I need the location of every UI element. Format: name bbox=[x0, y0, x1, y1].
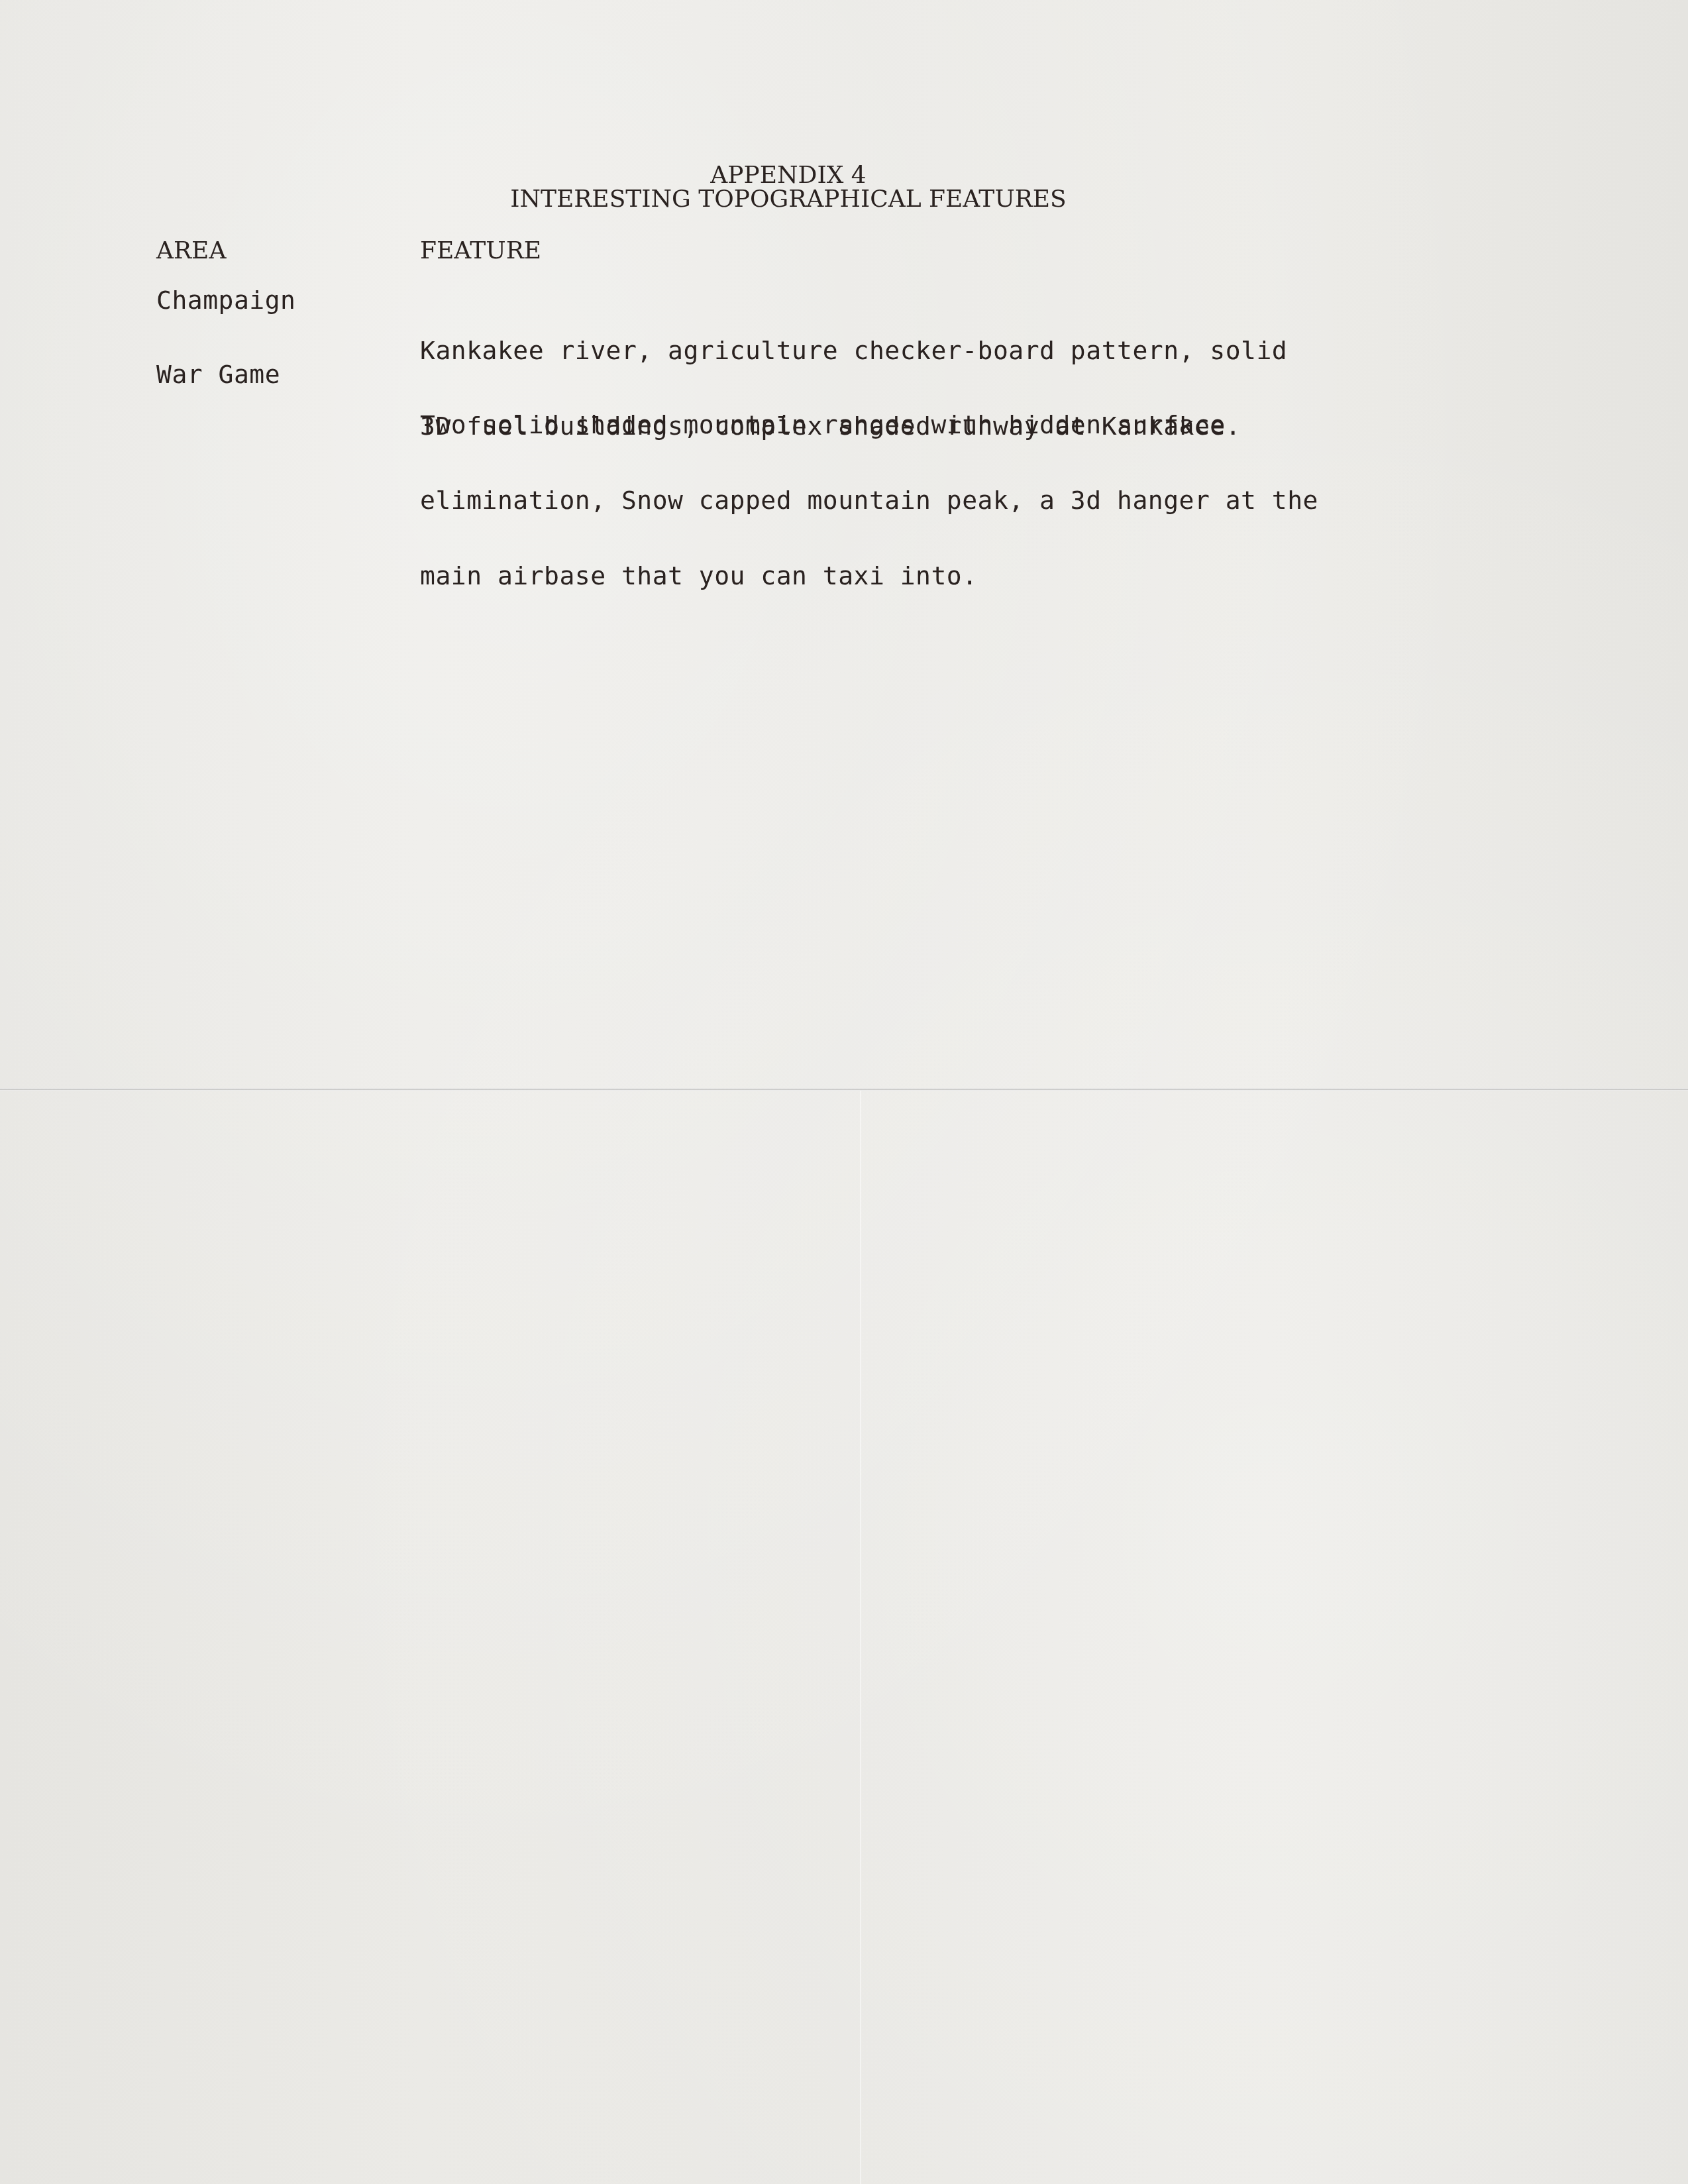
feature-line: Kankakee river, agriculture checker-boar… bbox=[420, 338, 1287, 363]
row-feature-war-game: Two solid shaded mountain ranges with hi… bbox=[420, 362, 1318, 614]
horizontal-fold-crease bbox=[0, 1088, 1688, 1091]
vertical-fold-crease bbox=[860, 1091, 861, 2184]
appendix-subtitle: INTERESTING TOPOGRAPHICAL FEATURES bbox=[0, 187, 1577, 212]
row-area-champaign: Champaign bbox=[156, 288, 295, 313]
appendix-title: APPENDIX 4 bbox=[0, 163, 1577, 188]
column-header-area: AREA bbox=[156, 239, 226, 264]
feature-line: main airbase that you can taxi into. bbox=[420, 563, 1318, 588]
feature-line: elimination, Snow capped mountain peak, … bbox=[420, 488, 1318, 513]
row-area-war-game: War Game bbox=[156, 362, 280, 387]
feature-line: Two solid shaded mountain ranges with hi… bbox=[420, 412, 1318, 437]
column-header-feature: FEATURE bbox=[420, 239, 541, 264]
